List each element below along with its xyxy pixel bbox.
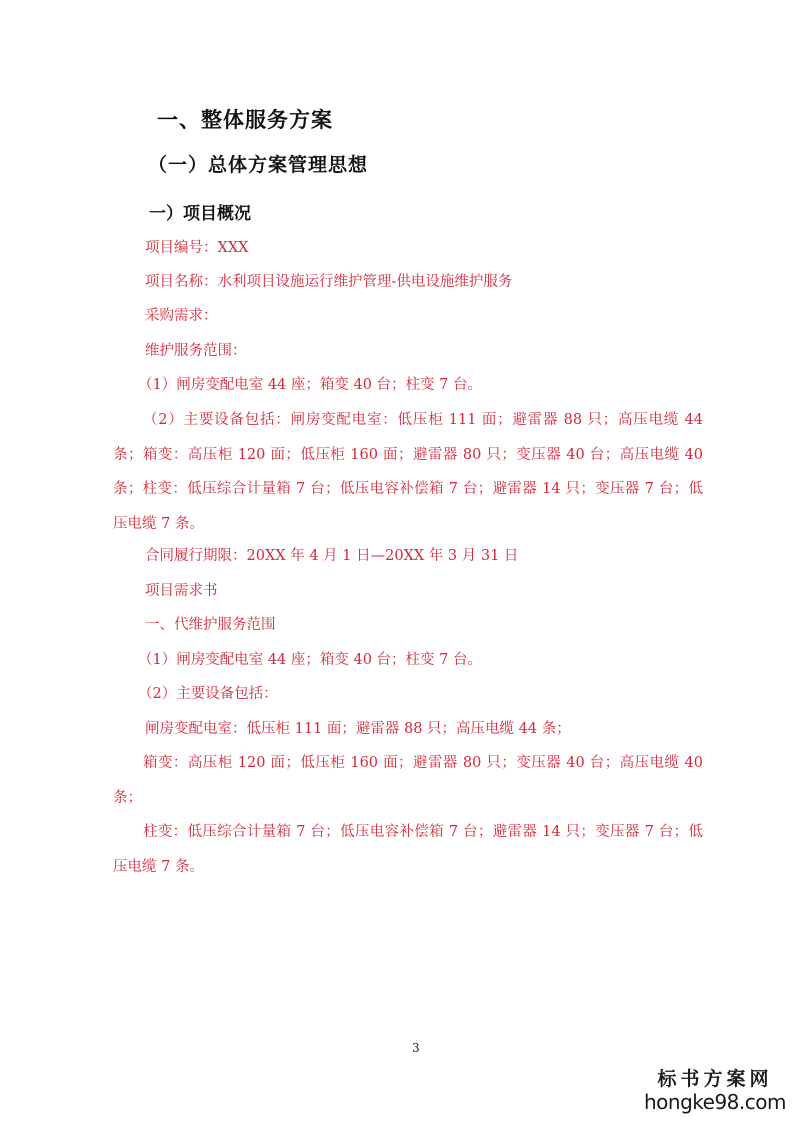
- heading-level-2: （一）总体方案管理思想: [148, 150, 368, 177]
- requirements-title: 项目需求书: [145, 575, 218, 607]
- document-page: 一、整体服务方案 （一）总体方案管理思想 一）项目概况 项目编号：XXX 项目名…: [0, 0, 793, 1122]
- watermark: 标书方案网 hongke98.com: [640, 1068, 790, 1114]
- watermark-en: hongke98.com: [640, 1090, 790, 1114]
- equipment-pole-line: 柱变：低压综合计量箱 7 台；低压电容补偿箱 7 台；避雷器 14 只；变压器 …: [113, 815, 703, 884]
- heading-level-3: 一）项目概况: [149, 199, 251, 224]
- req-scope-item-1: （1）闸房变配电室 44 座；箱变 40 台；柱变 7 台。: [138, 644, 482, 676]
- equipment-box-line: 箱变：高压柜 120 面；低压柜 160 面；避雷器 80 只；变压器 40 台…: [113, 746, 703, 815]
- project-number: 项目编号：XXX: [145, 232, 248, 264]
- scope-item-2: （2）主要设备包括：闸房变配电室：低压柜 111 面；避雷器 88 只；高压电缆…: [113, 403, 703, 541]
- section-title: 一、代维护服务范围: [145, 609, 276, 641]
- equipment-room-line: 闸房变配电室：低压柜 111 面；避雷器 88 只；高压电缆 44 条；: [145, 713, 571, 745]
- page-number: 3: [412, 1041, 420, 1055]
- req-scope-item-2: （2）主要设备包括：: [138, 678, 278, 710]
- scope-title: 维护服务范围：: [145, 335, 247, 367]
- project-name: 项目名称：水利项目设施运行维护管理-供电设施维护服务: [145, 266, 512, 298]
- contract-period: 合同履行期限：20XX 年 4 月 1 日—20XX 年 3 月 31 日: [145, 540, 518, 572]
- watermark-cn: 标书方案网: [640, 1068, 790, 1090]
- heading-level-1: 一、整体服务方案: [157, 104, 333, 134]
- procurement-label: 采购需求：: [145, 300, 218, 332]
- scope-item-1: （1）闸房变配电室 44 座；箱变 40 台；柱变 7 台。: [138, 369, 482, 401]
